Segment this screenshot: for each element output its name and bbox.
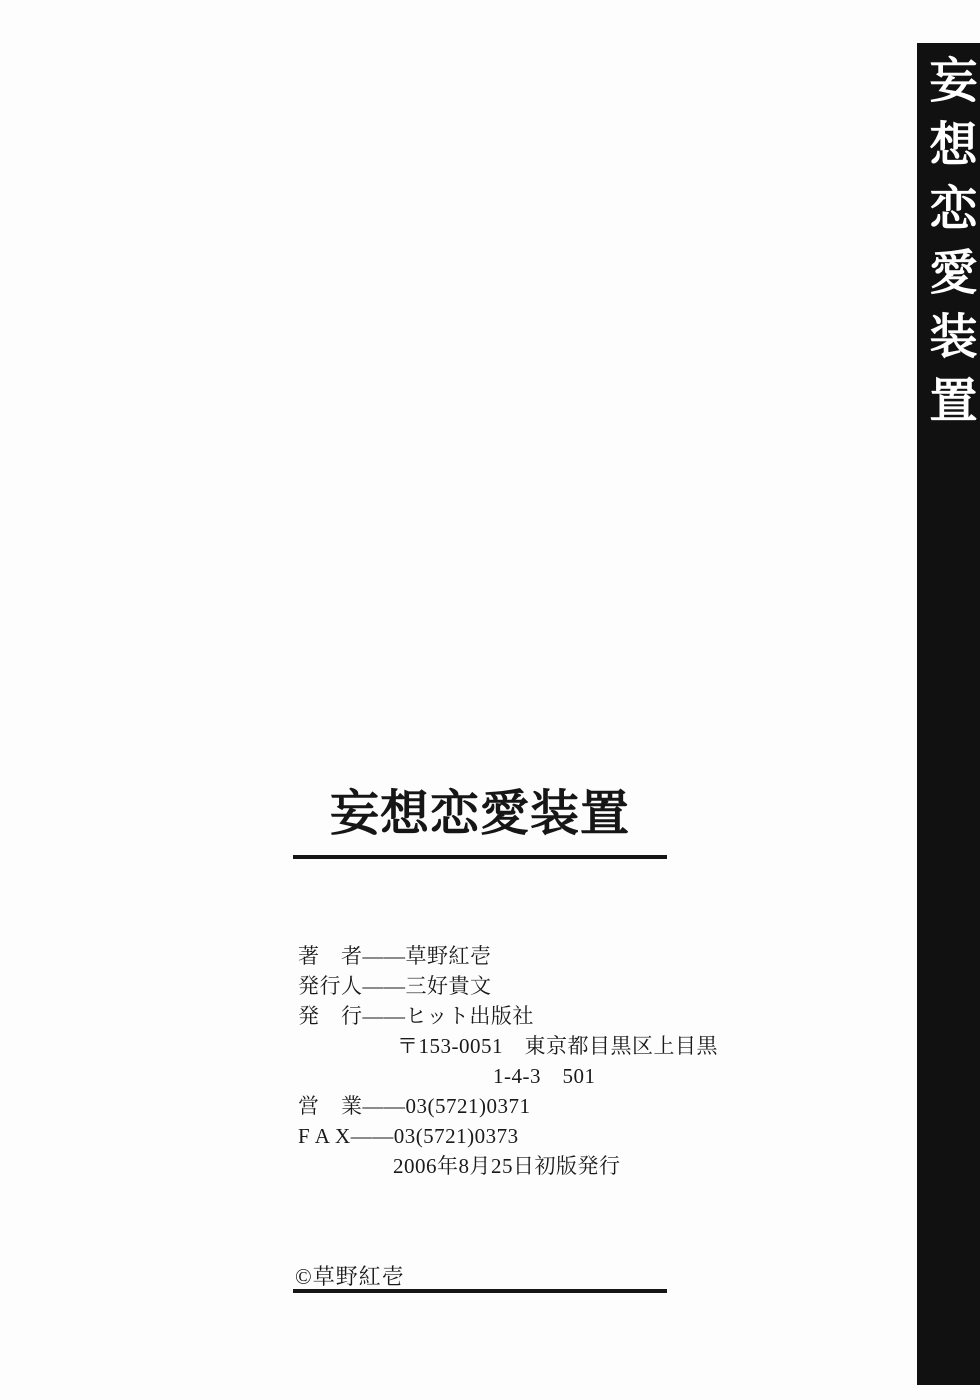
colophon-line-publisher: 発 行——ヒット出版社 <box>298 1001 718 1031</box>
colophon-line-edition-date: 2006年8月25日初版発行 <box>298 1151 718 1181</box>
book-title: 妄想恋愛装置 <box>293 784 667 844</box>
title-block: 妄想恋愛装置 <box>293 784 667 859</box>
colophon-line-publisher-person: 発行人——三好貴文 <box>298 971 718 1001</box>
colophon-line-fax: F A X——03(5721)0373 <box>298 1121 718 1151</box>
bottom-rule <box>293 1289 667 1293</box>
colophon-line-author: 著 者——草野紅壱 <box>298 941 718 971</box>
spine-vertical-title: 妄想恋愛装置 <box>917 43 980 1385</box>
spine-title-bar: 妄想恋愛装置 <box>917 43 980 1385</box>
copyright-line: ©草野紅壱 <box>295 1260 405 1291</box>
colophon-line-address: 〒153-0051 東京都目黒区上目黒 <box>298 1031 718 1061</box>
colophon-line-address-room: 1-4-3 501 <box>298 1061 718 1091</box>
colophon-line-sales-phone: 営 業——03(5721)0371 <box>298 1091 718 1121</box>
colophon-page: 妄想恋愛装置 妄想恋愛装置 著 者——草野紅壱 発行人——三好貴文 発 行——ヒ… <box>0 0 980 1400</box>
title-rule <box>293 855 667 859</box>
colophon-block: 著 者——草野紅壱 発行人——三好貴文 発 行——ヒット出版社 〒153-005… <box>298 941 718 1181</box>
